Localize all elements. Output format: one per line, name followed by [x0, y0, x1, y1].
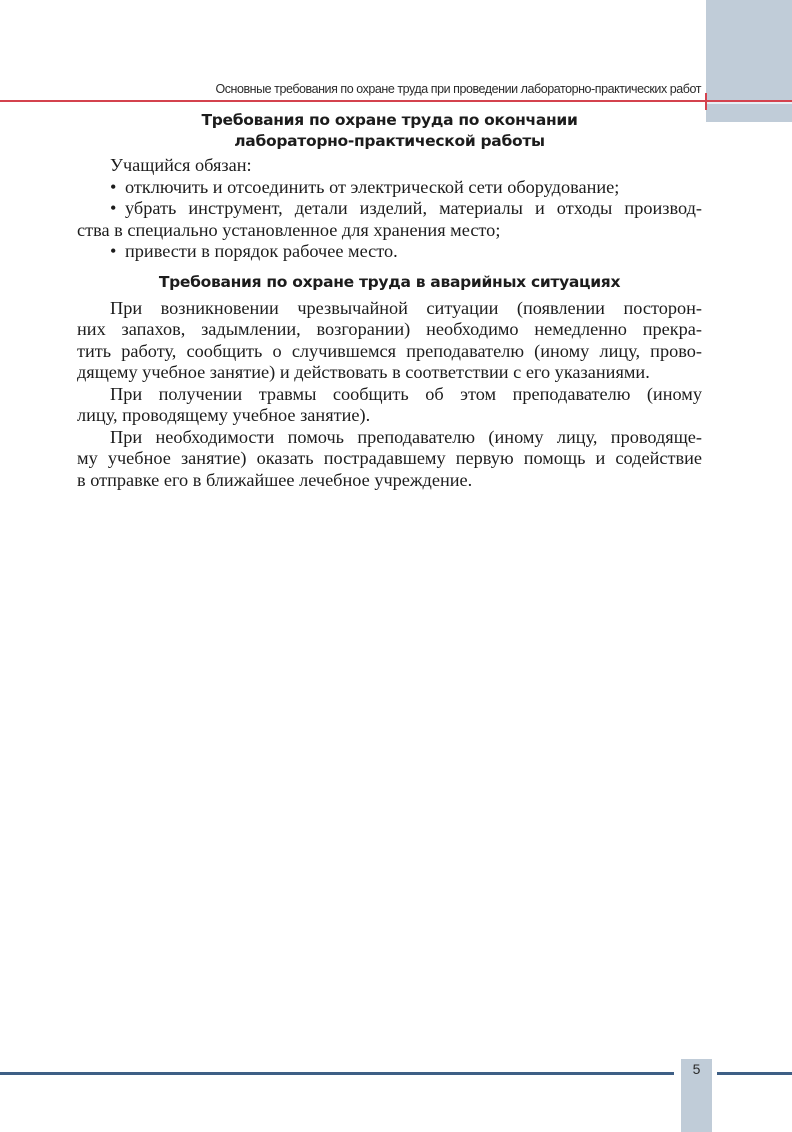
paragraph: При получении травмы сообщить об этом пр… [77, 384, 702, 427]
paragraph-line: При необходимости помочь преподавателю (… [77, 427, 702, 449]
list-item-line: •отключить и отсоединить от электрическо… [77, 177, 702, 199]
list-item-line: •привести в порядок рабочее место. [77, 241, 702, 263]
paragraph: При необходимости помочь преподавателю (… [77, 427, 702, 492]
list-item-text: привести в порядок рабочее место. [125, 241, 398, 261]
list-item-text: отключить и отсоединить от электрической… [125, 177, 619, 197]
page-number-tab: 5 [681, 1059, 712, 1132]
page-number: 5 [681, 1061, 712, 1077]
list-item-line: •убрать инструмент, детали изделий, мате… [77, 198, 702, 220]
bullet-icon: • [110, 241, 125, 263]
emergency-body: При возникновении чрезвычайной ситуации … [77, 298, 702, 492]
page-content: Требования по охране труда по окончании … [77, 110, 702, 491]
paragraph: При возникновении чрезвычайной ситуации … [77, 298, 702, 384]
paragraph-line: При возникновении чрезвычайной ситуации … [77, 298, 702, 320]
section-heading-end-of-work: Требования по охране труда по окончании … [77, 110, 702, 152]
paragraph-line: дящему учебное занятие) и действовать в … [77, 362, 702, 384]
header-rule-tick [705, 93, 707, 110]
bullet-icon: • [110, 198, 125, 220]
paragraph-line: лицу, проводящему учебное занятие). [77, 405, 702, 427]
paragraph-line: в отправке его в ближайшее лечебное учре… [77, 470, 702, 492]
footer-rule-right [717, 1072, 792, 1075]
footer-rule-left [0, 1072, 674, 1075]
bullet-icon: • [110, 177, 125, 199]
intro-text: Учащийся обязан: [77, 155, 702, 177]
duties-list: •отключить и отсоединить от электрическо… [77, 177, 702, 263]
paragraph-line: му учебное занятие) оказать пострадавшем… [77, 448, 702, 470]
header-rule-highlight [706, 102, 792, 104]
heading-line: лабораторно-практической работы [77, 131, 702, 152]
list-item-text: ства в специально установленное для хран… [77, 220, 500, 240]
list-item-text: убрать инструмент, детали изделий, матер… [125, 198, 702, 218]
list-item-line: ства в специально установленное для хран… [77, 220, 702, 242]
paragraph-line: При получении травмы сообщить об этом пр… [77, 384, 702, 406]
heading-line: Требования по охране труда по окончании [77, 110, 702, 131]
paragraph-line: них запахов, задымлении, возгорании) нео… [77, 319, 702, 341]
paragraph-line: тить работу, сообщить о случившемся преп… [77, 341, 702, 363]
section-heading-emergency: Требования по охране труда в аварийных с… [77, 272, 702, 293]
header-rule [0, 100, 792, 102]
running-header-title: Основные требования по охране труда при … [215, 82, 701, 96]
